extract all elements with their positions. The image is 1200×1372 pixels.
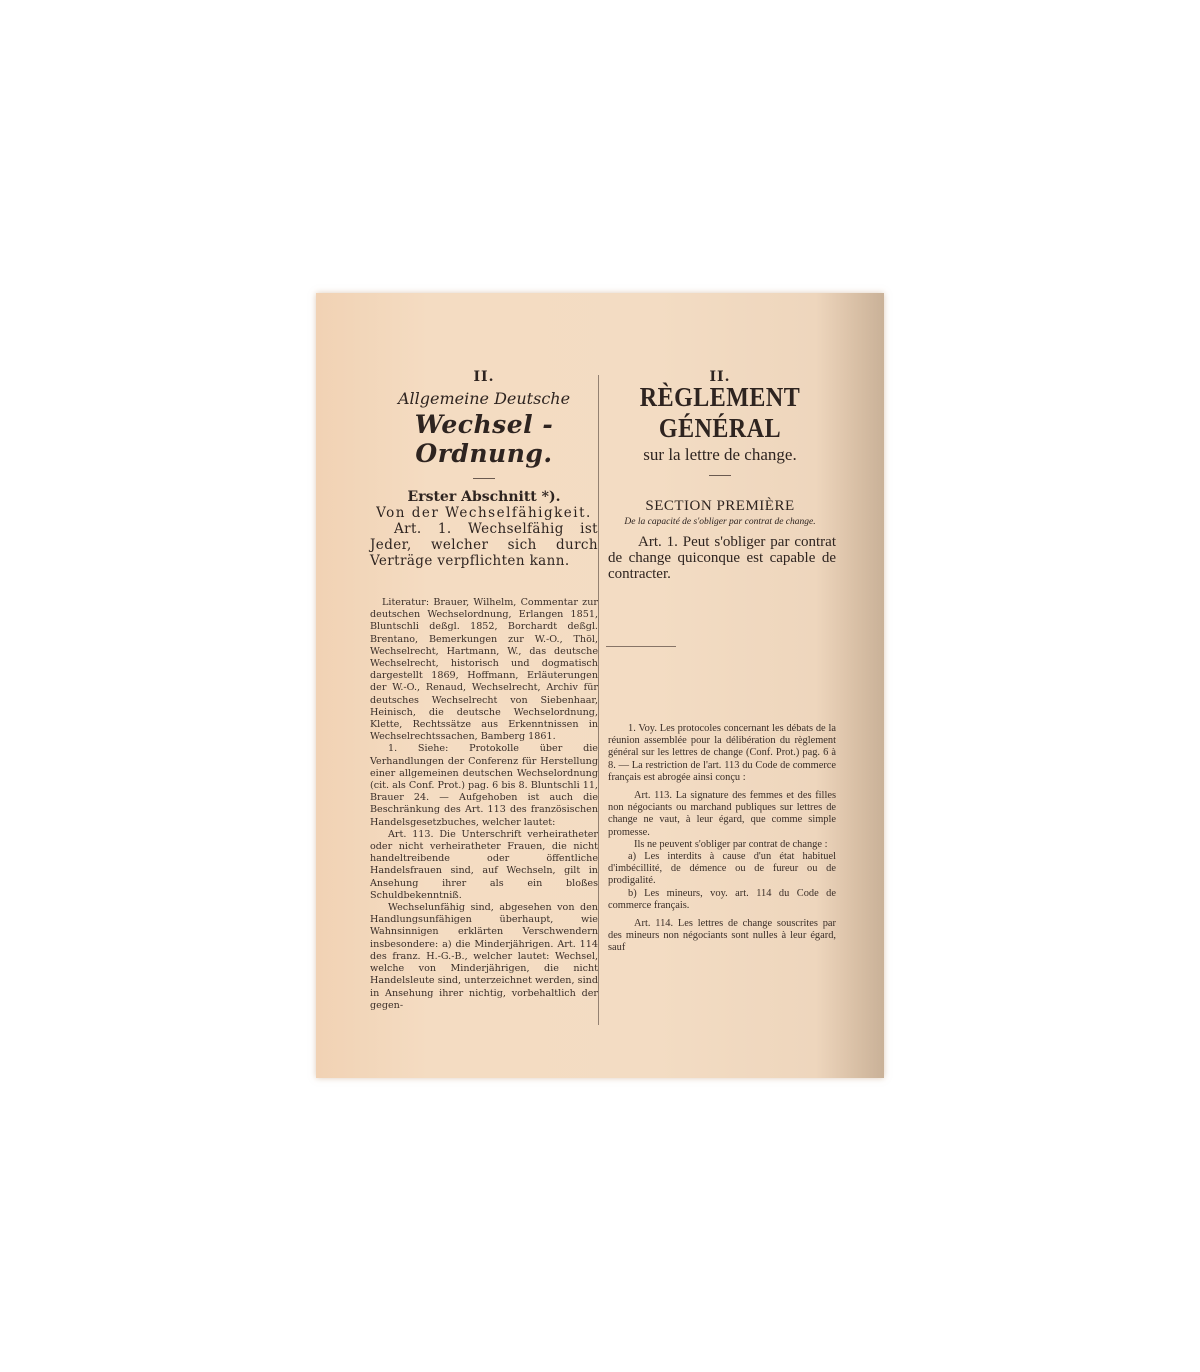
french-footnotes: 1. Voy. Les protocoles concernant les dé… — [604, 723, 836, 955]
german-note: 1. Siehe: Protokolle über die Verhandlun… — [370, 743, 598, 828]
french-note: Ils ne peuvent s'obliger par contrat de … — [608, 839, 836, 851]
french-note: a) Les interdits à cause d'un état habit… — [608, 851, 836, 888]
german-article-1: Art. 1. Wechselfähig ist Jeder, welcher … — [370, 521, 598, 569]
german-note: Art. 113. Die Unterschrift verheirathete… — [370, 829, 598, 902]
french-article-1: Art. 1. Peut s'obliger par contrat de ch… — [604, 534, 836, 582]
french-section-heading: SECTION PREMIÈRE — [604, 498, 836, 515]
column-divider — [598, 375, 599, 1025]
french-note: Art. 113. La signature des femmes et des… — [608, 790, 836, 839]
title-rule — [473, 478, 495, 479]
french-section-subheading: De la capacité de s'obliger par contrat … — [604, 517, 836, 528]
footnote-rule — [606, 646, 676, 647]
german-subtitle: Allgemeine Deutsche — [370, 389, 598, 408]
french-subtitle: sur la lettre de change. — [604, 445, 836, 465]
german-title: Wechsel - Ordnung. — [370, 410, 598, 468]
title-rule — [709, 475, 731, 476]
french-title: RÈGLEMENT GÉNÉRAL — [604, 383, 836, 445]
french-note: Art. 114. Les lettres de change souscrit… — [608, 918, 836, 955]
german-note: Literatur: Brauer, Wilhelm, Commentar zu… — [370, 597, 598, 743]
french-column: II. RÈGLEMENT GÉNÉRAL sur la lettre de c… — [604, 293, 836, 955]
german-note: Wechselunfähig sind, abgesehen von den H… — [370, 902, 598, 1012]
german-footnotes: Literatur: Brauer, Wilhelm, Commentar zu… — [370, 597, 598, 1012]
french-note: b) Les mineurs, voy. art. 114 du Code de… — [608, 888, 836, 912]
german-column: II. Allgemeine Deutsche Wechsel - Ordnun… — [370, 293, 598, 1012]
german-section-heading: Erster Abschnitt *). — [370, 489, 598, 505]
german-section-subheading: Von der Wechselfähigkeit. — [370, 505, 598, 521]
scanned-book-page: II. Allgemeine Deutsche Wechsel - Ordnun… — [316, 293, 884, 1078]
french-note: 1. Voy. Les protocoles concernant les dé… — [608, 723, 836, 784]
german-chapter-numeral: II. — [370, 369, 598, 385]
